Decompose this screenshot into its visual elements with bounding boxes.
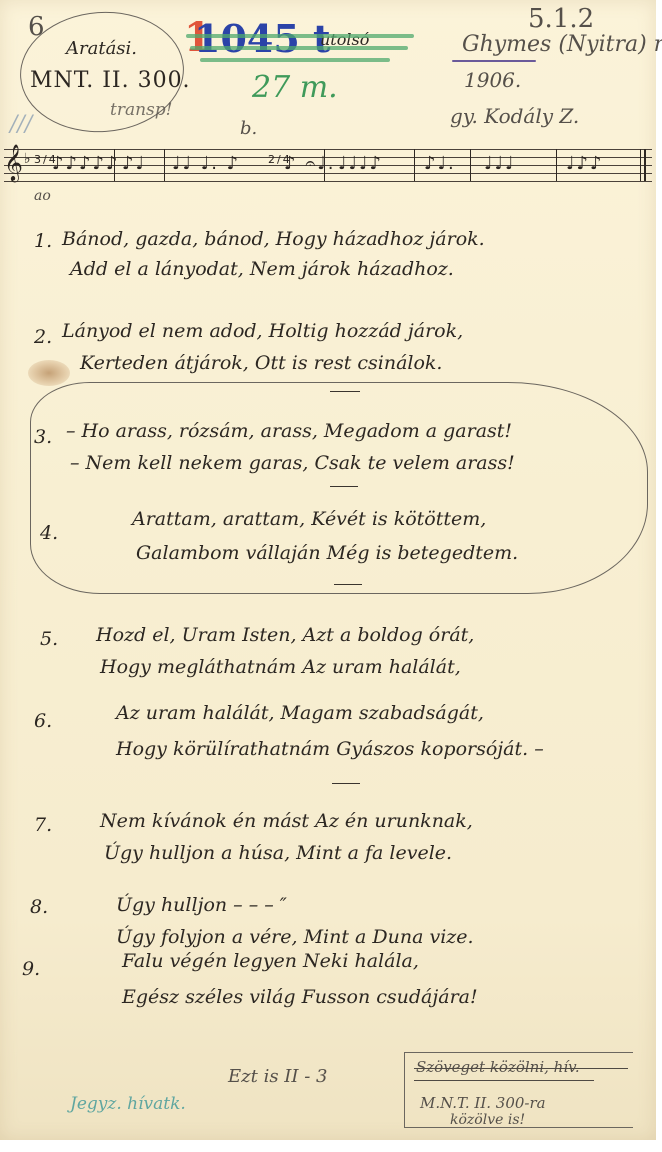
verse-2-line-1: Lányod el nem adod, Holtig hozzád járok,: [62, 320, 463, 342]
verse-4-number: 4.: [40, 522, 58, 544]
divider-dash: [330, 391, 360, 392]
verse-3-line-2: – Nem kell nekem garas, Csak te velem ar…: [70, 452, 515, 474]
measure-7: ♩♩♩: [484, 153, 515, 174]
location-underline: [452, 60, 536, 62]
verse-7-line-1: Nem kívánok én mást Az én urunknak,: [100, 810, 473, 832]
verse-7-number: 7.: [34, 814, 52, 836]
measure-5: ♩♩♩♪: [338, 153, 383, 174]
staff-symbols: 𝄞 ♭ 3/4 ♪♪♪♪♪ ♪♩ ♩♩ ♩. ♪ 2/4 ♪ 𝄐♩. ♩♩♩♪ …: [4, 153, 652, 177]
measure-6: ♪♩.: [424, 153, 456, 174]
green-footnote: Jegyz. hívatk.: [70, 1094, 186, 1114]
collector: gy. Kodály Z.: [450, 104, 579, 128]
verse-5-line-2: Hogy megláthatnám Az uram halálát,: [100, 656, 461, 678]
verse-8-line-2: Úgy folyjon a vére, Mint a Duna vize.: [116, 926, 474, 948]
verse-5-number: 5.: [40, 628, 58, 650]
measure-3: ♩♩ ♩. ♪: [172, 153, 240, 174]
boxed-underline: [414, 1080, 594, 1081]
green-strike-3: [200, 58, 390, 62]
hatch-marks: ///: [10, 112, 32, 137]
verse-6-number: 6.: [34, 710, 52, 732]
verse-4-line-2: Galambom vállaján Még is betegedtem.: [136, 542, 518, 564]
transp-note: transp!: [110, 100, 172, 120]
measure-4: ♪ 𝄐♩.: [284, 153, 335, 174]
verse-2-line-2: Kerteden átjárok, Ott is rest csinálok.: [80, 352, 442, 374]
green-strike-2: [190, 46, 408, 50]
verse-3-line-1: – Ho arass, rózsám, arass, Megadom a gar…: [66, 420, 512, 442]
manuscript-page: 6 Aratási. MNT. II. 300. transp! /// 1 1…: [0, 0, 656, 1140]
verse-8-number: 8.: [30, 896, 48, 918]
oval-reference: MNT. II. 300.: [30, 68, 191, 93]
oval-title: Aratási.: [66, 38, 137, 59]
archive-code: 5.1.2: [528, 4, 594, 34]
verse-9-line-2: Egész széles világ Fusson csudájára!: [122, 986, 478, 1008]
boxed-ref-line-1: M.N.T. II. 300-ra: [420, 1094, 546, 1112]
verse-3-number: 3.: [34, 426, 52, 448]
divider-dash: [332, 783, 360, 784]
verse-2-number: 2.: [34, 326, 52, 348]
verse-5-line-1: Hozd el, Uram Isten, Azt a boldog órát,: [96, 624, 474, 646]
under-staff-mark: ao: [34, 188, 51, 204]
measure-8: ♩♪♪: [566, 153, 603, 174]
catalog-new: 27 m.: [252, 70, 338, 105]
location: Ghymes (Nyitra) m.: [462, 32, 662, 57]
boxed-strike-line: [414, 1068, 628, 1069]
verse-9-line-1: Falu végén legyen Neki halála,: [122, 950, 419, 972]
divider-dash: [334, 584, 362, 585]
year: 1906.: [464, 68, 521, 92]
verse-7-line-2: Úgy hulljon a húsa, Mint a fa levele.: [104, 842, 452, 864]
verse-1-number: 1.: [34, 230, 52, 252]
green-strike-1: [186, 34, 414, 38]
boxed-ref-line-2: közölve is!: [450, 1112, 525, 1128]
key-signature: ♭: [24, 151, 33, 167]
music-staff: 𝄞 ♭ 3/4 ♪♪♪♪♪ ♪♩ ♩♩ ♩. ♪ 2/4 ♪ 𝄐♩. ♩♩♩♪ …: [4, 149, 652, 181]
verse-8-line-1: Úgy hulljon – – – ″: [116, 894, 287, 916]
boxed-struck-text: Szöveget közölni, hív.: [416, 1058, 580, 1076]
treble-clef-icon: 𝄞: [4, 143, 25, 182]
paper-stain: [28, 360, 70, 386]
verse-1-line-2: Add el a lányodat, Nem járok házadhoz.: [70, 258, 454, 280]
verse-6-line-1: Az uram halálát, Magam szabadságát,: [116, 702, 484, 724]
pencil-reference: Ezt is II - 3: [228, 1066, 328, 1087]
verse-1-line-1: Bánod, gazda, bánod, Hogy házadhoz járok…: [62, 228, 485, 250]
verse-9-number: 9.: [22, 958, 40, 980]
verse-6-line-2: Hogy körülírathatnám Gyászos koporsóját.…: [116, 738, 544, 760]
b-mark: b.: [240, 118, 257, 139]
divider-dash: [330, 486, 358, 487]
verse-4-line-1: Arattam, arattam, Kévét is kötöttem,: [132, 508, 486, 530]
measure-1: ♪♪♪♪♪: [52, 153, 119, 174]
catalog-number-struck: 1045 t: [194, 16, 331, 61]
measure-2: ♪♩: [122, 153, 146, 174]
